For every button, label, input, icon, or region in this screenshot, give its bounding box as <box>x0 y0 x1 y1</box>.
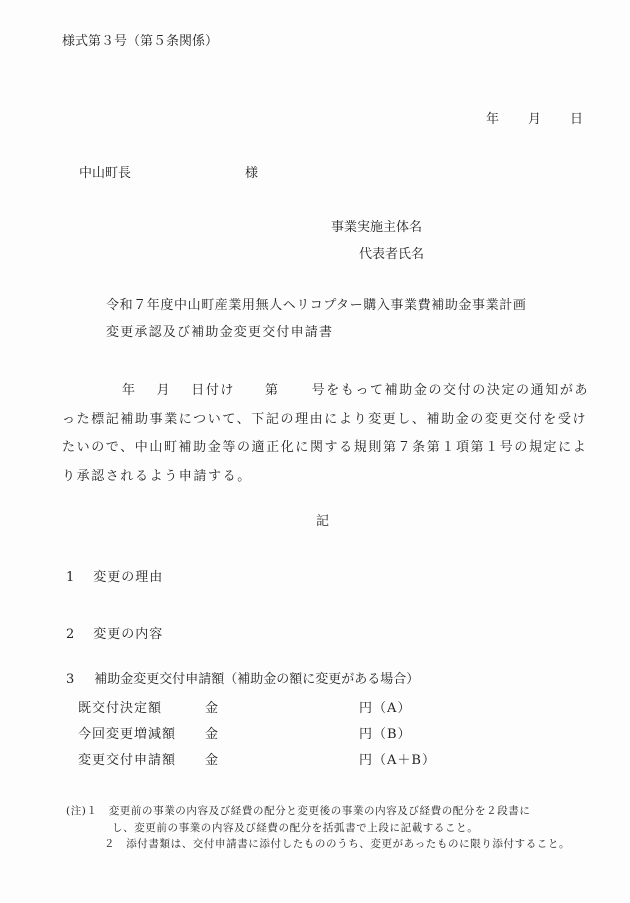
body-month-label: 月 <box>157 383 172 398</box>
note-1-line-2: し、変更前の事業の内容及び経費の配分を括弧書で上段に記載すること。 <box>112 820 478 836</box>
amount-label: 今回変更増減額 <box>78 727 176 742</box>
item-change-content: 2変更の内容 <box>66 627 163 643</box>
amount-prefix: 金 <box>205 727 219 743</box>
addressee-honorific: 様 <box>245 166 258 182</box>
note-2: ２ 添付書類は、交付申請書に添付したもののうち、変更があったものに限り添付するこ… <box>104 836 570 852</box>
body-line-3: たいので、中山町補助金等の適正化に関する規則第７条第１項第１号の規定によ <box>62 434 582 463</box>
date-month-label: 月 <box>528 112 541 128</box>
item-label: 補助金変更交付申請額（補助金の額に変更がある場合） <box>94 672 419 687</box>
application-body: 年月日付け第号をもって補助金の交付の決定の通知があ った標記補助事業について、下… <box>62 377 582 491</box>
note-1-line-1: (注)１ 変更前の事業の内容及び経費の配分と変更後の事業の内容及び経費の配分を２… <box>66 803 531 819</box>
applicant-representative-label: 代表者氏名 <box>359 247 424 263</box>
ki-heading: 記 <box>316 514 329 530</box>
amount-prefix: 金 <box>205 753 219 769</box>
item-number: 1 <box>66 570 75 585</box>
body-line-2: った標記補助事業について、下記の理由により変更し、補助金の変更交付を受け <box>62 406 582 435</box>
date-year-label: 年 <box>486 112 499 128</box>
body-line-4: り承認されるよう申請する。 <box>62 463 582 492</box>
body-number-label: 第 <box>265 383 280 398</box>
item-change-reason: 1変更の理由 <box>66 570 163 586</box>
amount-suffix: 円（A＋B） <box>359 753 436 769</box>
amount-suffix: 円（A） <box>359 701 411 717</box>
amount-row-existing: 既交付決定額 金 円（A） <box>78 701 162 717</box>
amount-row-change: 今回変更増減額 金 円（B） <box>78 727 176 743</box>
item-subsidy-amount: 3補助金変更交付申請額（補助金の額に変更がある場合） <box>66 672 419 688</box>
item-number: 2 <box>66 627 75 642</box>
applicant-organization-label: 事業実施主体名 <box>331 220 422 236</box>
amount-label: 変更交付申請額 <box>78 753 176 768</box>
document-title-line1: 令和７年度中山町産業用無人ヘリコプター購入事業費補助金事業計画 <box>106 298 526 314</box>
body-line1-rest: 号をもって補助金の交付の決定の通知があ <box>312 383 589 398</box>
addressee-name: 中山町長 <box>79 166 131 182</box>
form-number: 様式第３号（第５条関係） <box>62 34 218 50</box>
body-day-label: 日付け <box>191 383 235 398</box>
body-line-1: 年月日付け第号をもって補助金の交付の決定の通知があ <box>62 377 582 406</box>
amount-prefix: 金 <box>205 701 219 717</box>
document-title-line2: 変更承認及び補助金変更交付申請書 <box>106 325 333 341</box>
date-day-label: 日 <box>570 112 583 128</box>
amount-row-requested: 変更交付申請額 金 円（A＋B） <box>78 753 176 769</box>
item-label: 変更の内容 <box>93 627 163 642</box>
item-label: 変更の理由 <box>93 570 163 585</box>
amount-label: 既交付決定額 <box>78 701 162 716</box>
amount-suffix: 円（B） <box>359 727 412 743</box>
body-year-label: 年 <box>122 383 137 398</box>
item-number: 3 <box>66 672 74 687</box>
